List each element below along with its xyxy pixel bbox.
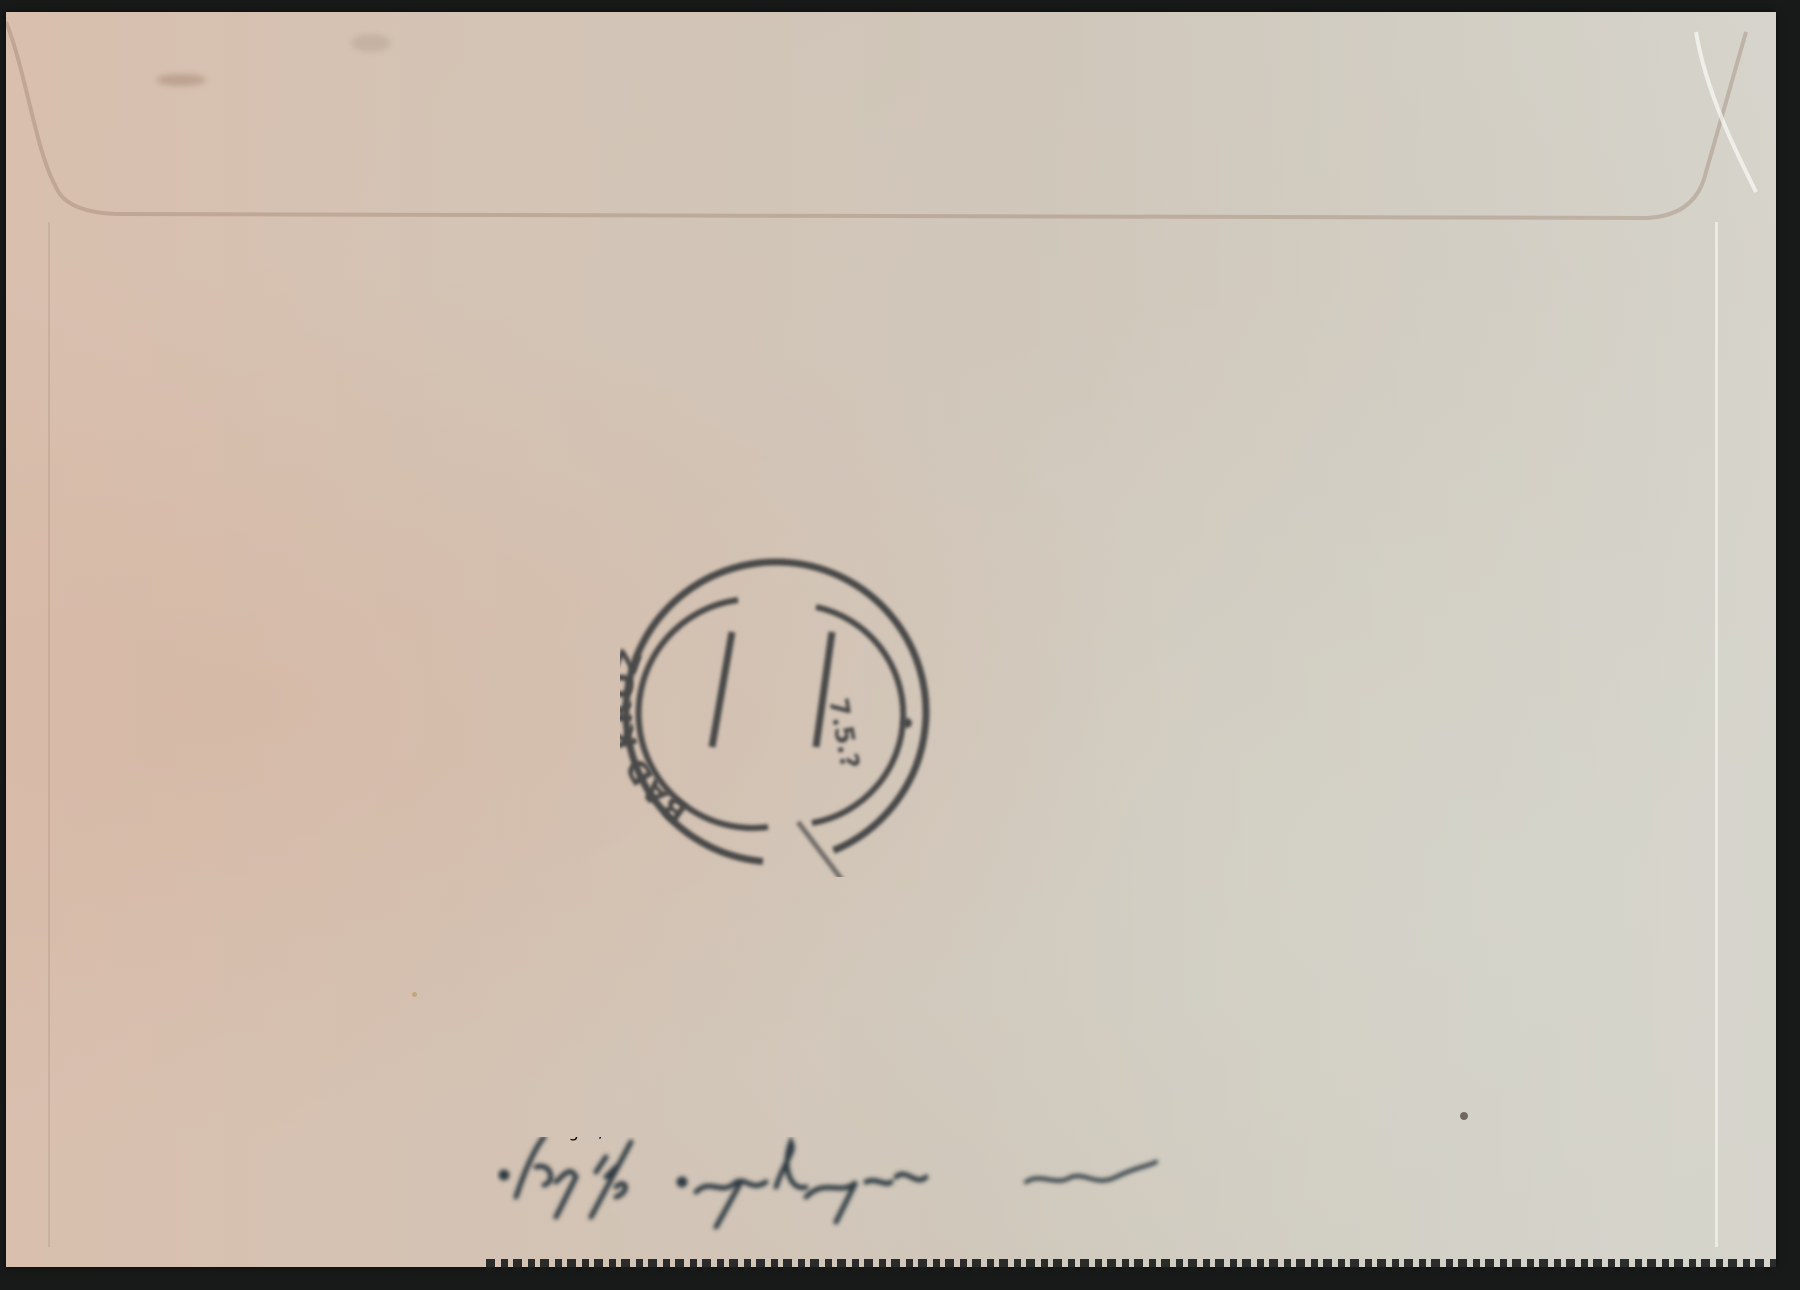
speck — [1460, 1112, 1468, 1120]
postmark: BAD KROZ 7.5.? — [620, 537, 950, 877]
right-fold — [1715, 222, 1718, 1247]
envelope-flap — [6, 12, 1776, 230]
envelope-back: BAD KROZ 7.5.? …ebi Berg. 3/6 49 — [6, 12, 1776, 1267]
smudge — [156, 74, 206, 86]
postmark-date: 7.5.? — [822, 696, 864, 771]
star-icon — [902, 718, 912, 728]
left-fold — [48, 222, 50, 1247]
handwritten-note: …ebi Berg. 3/6 49 — [496, 1137, 1226, 1237]
postmark-rim-text: BAD KROZ — [620, 645, 694, 829]
speck — [412, 992, 417, 997]
handwriting-transcription: …ebi Berg. 3/6 49 — [496, 1137, 640, 1141]
photograph: BAD KROZ 7.5.? …ebi Berg. 3/6 49 — [0, 0, 1800, 1290]
smudge — [351, 34, 391, 52]
